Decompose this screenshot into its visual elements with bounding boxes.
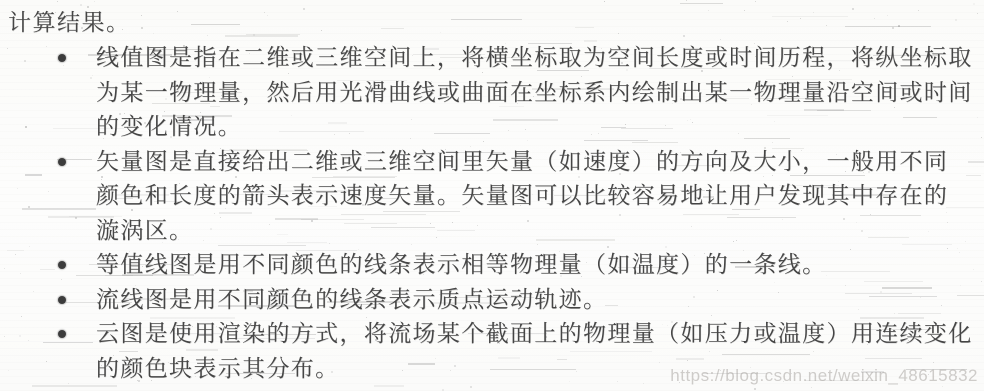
text-line: 流线图是用不同颜色的线条表示质点运动轨迹。 (96, 283, 984, 318)
csdn-watermark: https://blog.csdn.net/weixin_48615832 (670, 366, 978, 386)
text-line: 矢量图是直接给出二维或三维空间里矢量（如速度）的方向及大小，一般用不同 (96, 145, 984, 180)
bullet-icon (58, 41, 96, 62)
list-item-text: 流线图是用不同颜色的线条表示质点运动轨迹。 (96, 283, 984, 318)
bullet-icon (58, 283, 96, 304)
text-line: 的变化情况。 (96, 110, 984, 145)
text-line: 等值线图是用不同颜色的线条表示相等物理量（如温度）的一条线。 (96, 248, 984, 283)
list-item: 流线图是用不同颜色的线条表示质点运动轨迹。 (58, 283, 984, 318)
document-content: 计算结果。 线值图是指在二维或三维空间上，将横坐标取为空间长度或时间历程，将纵坐… (0, 0, 984, 391)
bullet-icon (58, 248, 96, 269)
text-line: 漩涡区。 (96, 214, 984, 249)
list-item-text: 矢量图是直接给出二维或三维空间里矢量（如速度）的方向及大小，一般用不同 颜色和长… (96, 145, 984, 249)
list-item: 矢量图是直接给出二维或三维空间里矢量（如速度）的方向及大小，一般用不同 颜色和长… (58, 145, 984, 249)
bullet-icon (58, 317, 96, 338)
list-item: 线值图是指在二维或三维空间上，将横坐标取为空间长度或时间历程，将纵坐标取 为某一… (58, 41, 984, 145)
text-line: 线值图是指在二维或三维空间上，将横坐标取为空间长度或时间历程，将纵坐标取 (96, 41, 984, 76)
text-line: 云图是使用渲染的方式，将流场某个截面上的物理量（如压力或温度）用连续变化 (96, 317, 984, 352)
intro-text: 计算结果。 (8, 4, 131, 37)
bullet-list: 线值图是指在二维或三维空间上，将横坐标取为空间长度或时间历程，将纵坐标取 为某一… (58, 41, 984, 386)
text-line: 颜色和长度的箭头表示速度矢量。矢量图可以比较容易地让用户发现其中存在的 (96, 179, 984, 214)
list-item-text: 线值图是指在二维或三维空间上，将横坐标取为空间长度或时间历程，将纵坐标取 为某一… (96, 41, 984, 145)
bullet-icon (58, 145, 96, 166)
text-line: 为某一物理量，然后用光滑曲线或曲面在坐标系内绘制出某一物理量沿空间或时间 (96, 76, 984, 111)
list-item-text: 等值线图是用不同颜色的线条表示相等物理量（如温度）的一条线。 (96, 248, 984, 283)
list-item: 等值线图是用不同颜色的线条表示相等物理量（如温度）的一条线。 (58, 248, 984, 283)
